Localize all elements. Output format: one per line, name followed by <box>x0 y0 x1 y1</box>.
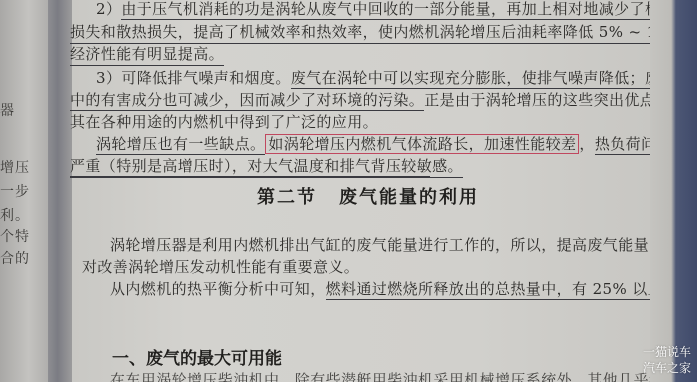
watermark: 一猫说车 汽车之家 <box>643 344 691 376</box>
left-page-fragment: 个特 <box>0 226 30 246</box>
highlight-box: 如涡轮增压内燃机气体流路长，加速性能较差 <box>265 134 579 154</box>
watermark-line: 汽车之家 <box>643 360 691 376</box>
underlined-text: 经济性能有明显提高。 <box>70 44 224 66</box>
left-page-edge: 器 增压 一步 利。 个特 合的 <box>0 0 48 382</box>
left-page-fragment: 器 <box>0 100 15 120</box>
left-page-fragment: 一步 <box>0 181 30 201</box>
subsection-title: 一、废气的最大可用能 <box>112 344 282 369</box>
left-page-fragment: 利。 <box>0 205 30 225</box>
pen-stroke <box>70 176 430 178</box>
text-line: 中的有害成分也可减少，因而减少了对环境的污染。正是由于涡轮增压的这些突出优点，使 <box>70 90 686 110</box>
underlined-text: 燃料通过燃烧所释放出的总热量中，有 25% 以上被废 <box>326 280 694 300</box>
text-line: 其在各种用途的内燃机中得到了广泛的应用。 <box>70 112 378 132</box>
right-page-edge <box>650 0 697 382</box>
text-line: 3）可降低排气噪声和烟度。废气在涡轮中可以实现充分膨胀，使排气噪声降低；废气 <box>96 68 676 88</box>
underlined-text: 严重（特别是高增压时），对大气温度和排气背压较敏感。 <box>70 156 463 178</box>
text-line: 对改善涡轮增压发动机性能有重要意义。 <box>82 257 359 277</box>
section-title: 第二节废气能量的利用 <box>257 183 479 209</box>
underlined-text: 由于压气机消耗的功是涡轮从废气中回收的一部分能量，再加上相对地减少了机械 <box>121 0 675 20</box>
left-page-fragment: 合的 <box>0 248 30 268</box>
text-line: 从内燃机的热平衡分析中可知，燃料通过燃烧所释放出的总热量中，有 25% 以上被废 <box>110 279 694 299</box>
book-page: 2）由于压气机消耗的功是涡轮从废气中回收的一部分能量，再加上相对地减少了机械 损… <box>72 0 650 382</box>
text-line: 在车用涡轮增压柴油机中，除有些潜艇用柴油机采用机械增压系统外，其他几乎都采用 <box>110 370 695 382</box>
text-line: 2）由于压气机消耗的功是涡轮从废气中回收的一部分能量，再加上相对地减少了机械 <box>96 0 676 19</box>
section-heading: 废气能量的利用 <box>339 187 479 208</box>
text-line: 涡轮增压也有一些缺点。如涡轮增压内燃机气体流路长，加速性能较差，热负荷问题较 <box>96 134 687 154</box>
section-number: 第二节 <box>257 187 317 208</box>
underlined-text: 废气在涡轮中可以实现充分膨胀，使排气噪声降低；废气 <box>291 69 676 89</box>
underlined-text: 损失和散热损失，提高了机械效率和热效率，使内燃机涡轮增压后油耗率降低 5% ~ … <box>70 22 697 44</box>
underlined-text: 涡轮增压也有一些缺点。 <box>96 135 265 155</box>
text-line: 涡轮增压器是利用内燃机排出气缸的废气能量进行工作的，所以，提高废气能量的利用 <box>110 235 695 255</box>
watermark-line: 一猫说车 <box>643 344 691 360</box>
left-page-fragment: 增压 <box>0 157 30 177</box>
underlined-text: 中的有害成分也可减少，因而减少了对环境的污染。 <box>70 91 424 111</box>
book-gutter <box>48 0 72 382</box>
